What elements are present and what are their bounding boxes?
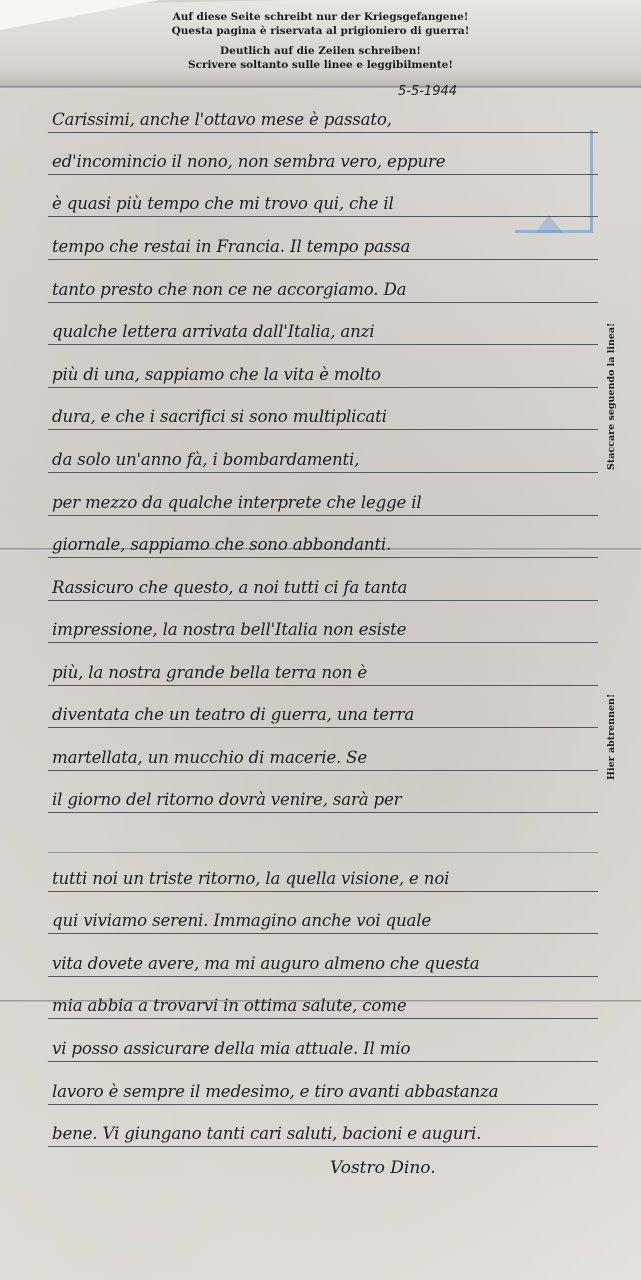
handwritten-line: da solo un'anno fà, i bombardamenti, [52,450,600,470]
handwritten-line: impressione, la nostra bell'Italia non e… [52,620,600,640]
handwritten-line: qui viviamo sereni. Immagino anche voi q… [52,911,600,931]
ruled-line [48,472,598,473]
ruled-line [48,1146,598,1147]
ruled-line [48,515,598,516]
ruled-line [48,976,598,977]
handwritten-line: giornale, sappiamo che sono abbondanti. [52,535,600,555]
handwritten-line: bene. Vi giungano tanti cari saluti, bac… [52,1124,600,1144]
ruled-line [48,727,598,728]
handwritten-line: vita dovete avere, ma mi auguro almeno c… [52,954,600,974]
ruled-line [48,259,598,260]
header-line-it-1: Questa pagina è riservata al prigioniero… [0,24,641,38]
handwritten-line: Rassicuro che questo, a noi tutti ci fa … [52,578,600,598]
side-note-abtrennen: Hier abtrennen! [606,694,617,780]
header-line-it-2: Scrivere soltanto sulle linee e leggibil… [0,58,641,72]
signature: Vostro Dino. [330,1158,436,1178]
handwritten-line: Carissimi, anche l'ottavo mese è passato… [52,110,600,130]
ruled-line [48,174,598,175]
ruled-line [48,132,598,133]
printed-header: Auf diese Seite schreibt nur der Kriegsg… [0,10,641,72]
ruled-line [48,891,598,892]
handwritten-line: lavoro è sempre il medesimo, e tiro avan… [52,1082,600,1102]
handwritten-line: per mezzo da qualche interprete che legg… [52,493,600,513]
handwritten-line: vi posso assicurare della mia attuale. I… [52,1039,600,1059]
header-line-de-1: Auf diese Seite schreibt nur der Kriegsg… [0,10,641,24]
ruled-line [48,1104,598,1105]
ruled-line [48,685,598,686]
letter-sheet: Auf diese Seite schreibt nur der Kriegsg… [0,0,641,1280]
handwritten-line: ed'incomincio il nono, non sembra vero, … [52,152,600,172]
header-line-de-2: Deutlich auf die Zeilen schreiben! [0,44,641,58]
handwritten-line: il giorno del ritorno dovrà venire, sarà… [52,790,600,810]
ruled-line [48,812,598,813]
ruled-line [48,557,598,558]
side-note-staccare: Staccare seguendo la linea! [606,323,617,470]
handwritten-line: qualche lettera arrivata dall'Italia, an… [52,322,600,342]
handwritten-line: più, la nostra grande bella terra non è [52,663,600,683]
ruled-line [48,770,598,771]
ruled-line [48,1018,598,1019]
ruled-line [48,1061,598,1062]
ruled-line [48,600,598,601]
ruled-line [48,216,598,217]
handwritten-line: mia abbia a trovarvi in ottima salute, c… [52,996,600,1016]
ruled-line [48,852,598,853]
handwritten-line: è quasi più tempo che mi trovo qui, che … [52,194,600,214]
handwritten-line: tutti noi un triste ritorno, la quella v… [52,869,600,889]
ruled-line [48,429,598,430]
censor-stamp-mark [535,215,563,233]
ruled-line [48,933,598,934]
ruled-line [48,344,598,345]
handwritten-line: più di una, sappiamo che la vita è molto [52,365,600,385]
handwritten-line: martellata, un mucchio di macerie. Se [52,748,600,768]
fold-line [0,86,641,89]
handwritten-line: tempo che restai in Francia. Il tempo pa… [52,237,600,257]
handwritten-line: tanto presto che non ce ne accorgiamo. D… [52,280,600,300]
ruled-line [48,642,598,643]
handwritten-line: diventata che un teatro di guerra, una t… [52,705,600,725]
ruled-line [48,387,598,388]
handwritten-line: dura, e che i sacrifici si sono multipli… [52,407,600,427]
letter-date: 5-5-1944 [398,84,457,99]
ruled-line [48,302,598,303]
